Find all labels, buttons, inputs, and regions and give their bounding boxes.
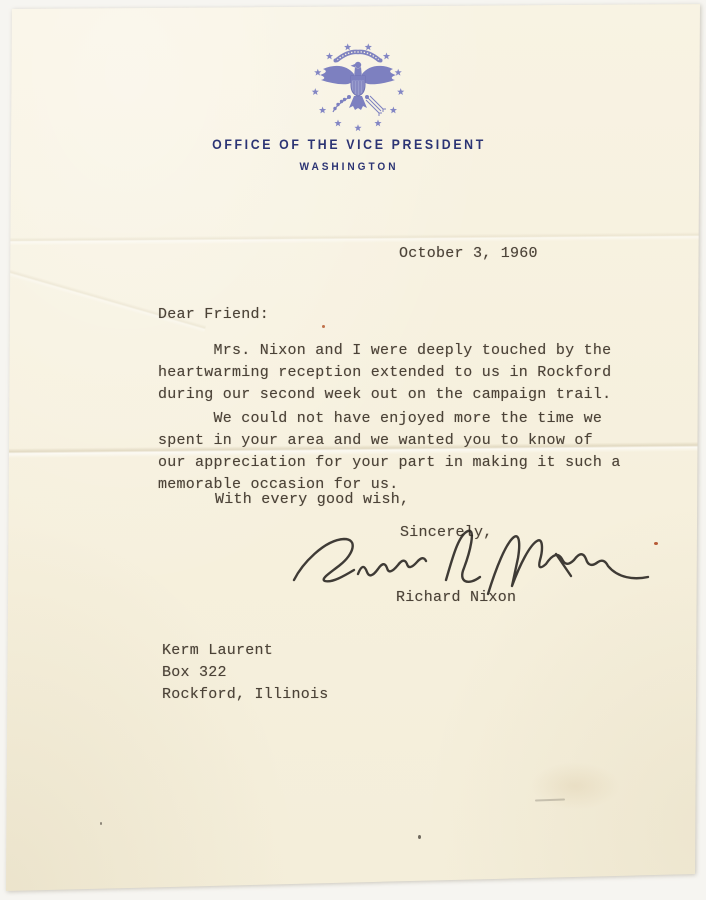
scanned-letter-page: OFFICE OF THE VICE PRESIDENT WASHINGTON … [0,0,706,900]
body-paragraph-1: Mrs. Nixon and I were deeply touched by … [158,340,611,406]
seal-olive-branch [333,98,348,112]
ink-speck [100,822,102,825]
letter-date: October 3, 1960 [399,243,538,265]
recipient-address-block: Kerm Laurent Box 322 Rockford, Illinois [162,640,329,706]
valediction: Sincerely, [400,522,493,544]
seal-scroll [334,52,383,63]
fold-crease-upper [0,227,706,249]
ink-speck [322,325,325,328]
vice-president-seal-icon [308,40,408,136]
seal-arrows [366,96,386,116]
ink-speck [654,542,658,545]
salutation: Dear Friend: [158,304,269,326]
body-paragraph-2: We could not have enjoyed more the time … [158,408,621,496]
typed-signature-name: Richard Nixon [396,587,516,609]
letterhead-city-line: WASHINGTON [28,161,670,173]
seal-shield [351,76,365,96]
stain-smudge [530,762,620,810]
letterhead-office-line: OFFICE OF THE VICE PRESIDENT [42,136,656,152]
ink-speck [418,835,421,839]
closing-line: With every good wish, [215,489,409,511]
